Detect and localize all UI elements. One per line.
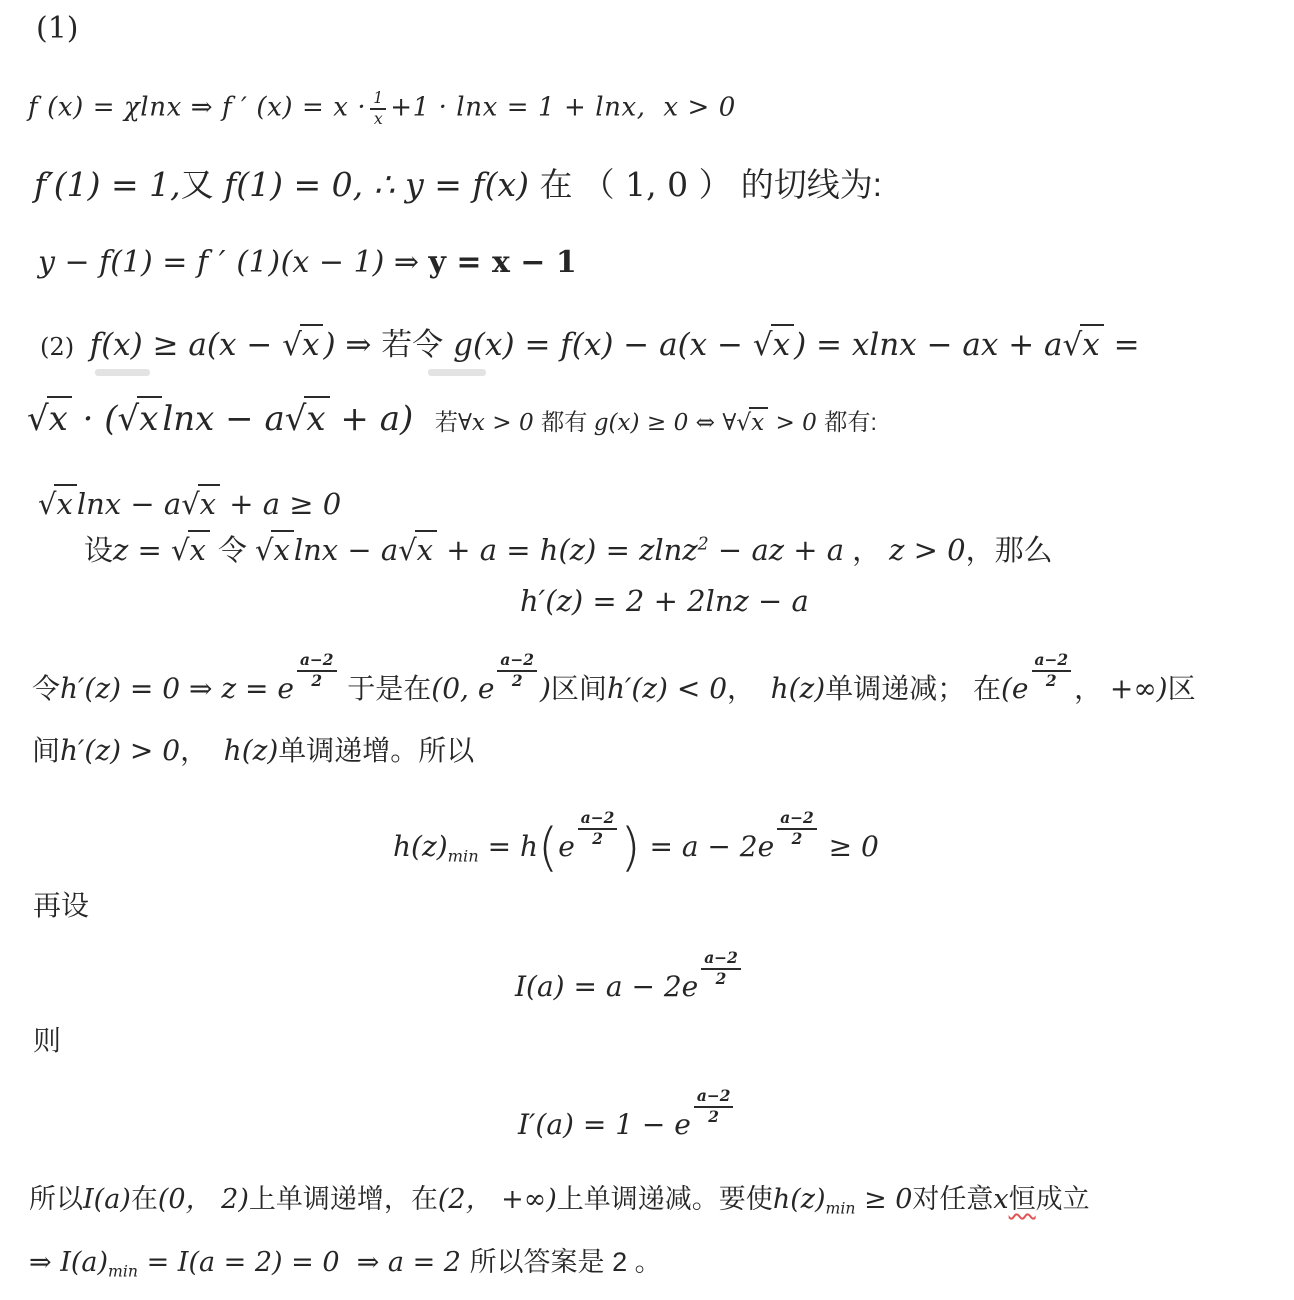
cjk-text: 都有 (541, 409, 594, 435)
cjk-text: 成立 (1036, 1184, 1090, 1214)
faint-smudge-mark (428, 369, 486, 376)
cjk-text: ， (844, 535, 889, 567)
sqrt-expression: x (1063, 327, 1104, 362)
section1-label: (1) (36, 10, 79, 48)
cjk-text: ，那么 (966, 535, 1053, 567)
fraction-numerator: a−2 (297, 652, 337, 672)
subscript: min (826, 1198, 856, 1217)
math-text: g(x) = f(x) − a(x − (443, 327, 753, 363)
math-text: y − f(1) = (38, 245, 197, 280)
math-text: ∀x > 0 (458, 410, 541, 436)
math-upright-text: (1) (36, 11, 79, 46)
cjk-text: 单调递增。所以 (278, 735, 474, 766)
sqrt-radicand: x (304, 396, 329, 439)
math-text: f′(1) = 1, (34, 165, 181, 204)
sqrt-radicand: x (47, 396, 72, 439)
factored-form: x · (xlnx − ax + a) 若∀x > 0 都有 g(x) ≥ 0 … (27, 398, 877, 441)
h-min-formula: h(z)min = h(ea−22) = a − 2ea−22 ≥ 0 (393, 810, 879, 872)
superscript: 2 (698, 535, 709, 555)
exponent-fraction: a−22 (297, 652, 337, 691)
big-parenthesis: ( (538, 818, 558, 878)
sqrt-expression: x (285, 400, 330, 438)
fraction-denominator: x (370, 110, 386, 128)
math-text: h(z) (773, 1184, 826, 1215)
math-text: ) = xlnx − ax + a (794, 327, 1062, 363)
math-text: f(1) = 0, ∴ y = f(x) (214, 165, 540, 204)
math-text: g(x) ≥ 0 ⇔ ∀ (594, 410, 737, 436)
fraction-numerator: a−2 (701, 950, 741, 970)
subscript: min (448, 846, 479, 865)
math-text: (x − 1) ⇒ (281, 245, 429, 280)
math-text: e (558, 830, 575, 863)
cjk-text: 则 (33, 1025, 61, 1056)
cjk-text: 对任意 (912, 1184, 993, 1214)
math-text: · ( (72, 399, 118, 439)
fraction-denominator: 2 (701, 970, 741, 988)
math-text: z = (113, 533, 171, 567)
cjk-text: 都有: (824, 409, 877, 435)
math-text: (0， 2) (158, 1184, 249, 1215)
cjk-text: 令 (210, 535, 255, 567)
cjk-text: 令 (32, 673, 60, 704)
cjk-text: 在 (539, 166, 581, 203)
sqrt-radicand: x (300, 324, 323, 363)
math-text: I(a) (83, 1184, 131, 1215)
cjk-text: 若令 (381, 327, 443, 362)
fraction-denominator: 2 (694, 1108, 734, 1126)
cjk-text: 的切线为: (732, 166, 882, 203)
cjk-text: 间 (32, 735, 60, 766)
math-text: − az + a (709, 533, 844, 567)
math-solution-document: (1)f (x) = χlnx ⇒ f ′ (x) = x ·1x+1 · ln… (0, 0, 1294, 1300)
math-text: f(x) ≥ a(x − (90, 327, 283, 363)
fraction-denominator: 2 (497, 672, 537, 690)
fraction-denominator: 2 (578, 830, 618, 848)
subscript: min (108, 1261, 138, 1280)
cjk-text: 单调递减； 在 (825, 673, 1001, 704)
sqrt-expression: x (171, 535, 210, 567)
cjk-text: 上单调递减。要使 (557, 1184, 773, 1214)
cjk-text: ， (180, 735, 224, 766)
I-definition: I(a) = a − 2ea−22 (515, 950, 744, 1004)
sqrt-radicand: x (771, 324, 794, 363)
handwritten-math-text: f ′ (1) (197, 245, 281, 280)
conclusion-row1: 所以I(a)在(0， 2)上单调递增，在(2， +∞)上单调递减。要使h(z)m… (29, 1183, 1090, 1218)
math-text: = a − 2e (641, 830, 775, 863)
sqrt-expression: x (255, 535, 294, 567)
math-text: ⇒ I(a) (29, 1247, 108, 1278)
spellcheck-underlined-text: 恒 (1009, 1184, 1036, 1214)
fraction-denominator: 2 (1032, 672, 1072, 690)
sqrt-radicand: x (749, 407, 768, 436)
sqrt-expression: x (38, 489, 77, 521)
exponent-fraction: a−22 (694, 1088, 734, 1127)
sqrt-radicand: x (188, 530, 210, 567)
math-text: h(z) (771, 672, 826, 705)
cjk-text: 区 (1168, 673, 1196, 704)
math-text: = (1104, 327, 1140, 363)
I-derivative: I′(a) = 1 − ea−22 (518, 1088, 736, 1142)
cjk-text: 所以答案是 2 。 (470, 1247, 662, 1277)
math-text: ≥ 0 (820, 830, 879, 863)
big-parenthesis: ) (620, 818, 640, 878)
sqrt-radicand: x (1080, 324, 1103, 363)
fraction-numerator: a−2 (1032, 652, 1072, 672)
exponent-fraction: a−22 (1032, 652, 1072, 691)
exponent-fraction: a−22 (701, 950, 741, 989)
section2-inequality: (2) f(x) ≥ a(x − x) ⇒ 若令 g(x) = f(x) − a… (40, 326, 1140, 365)
exponent-fraction: a−22 (497, 652, 537, 691)
math-text: + a) (330, 399, 435, 439)
derivative-formula: f (x) = χlnx ⇒ f ′ (x) = x ·1x+1 · lnx =… (28, 90, 736, 128)
math-text: +∞) (1110, 672, 1168, 705)
handwritten-math-text: f (x) = χlnx ⇒ f ′ (x) = x · (28, 93, 366, 123)
math-text: > 0 (768, 410, 824, 436)
monotonicity-para-row2: 间h′(z) > 0， h(z)单调递增。所以 (32, 733, 474, 768)
sqrt-radicand: x (415, 530, 437, 567)
fraction-denominator: 2 (297, 672, 337, 690)
fraction-numerator: a−2 (694, 1088, 734, 1108)
monotonicity-para-row1: 令h′(z) = 0 ⇒ z = ea−22 于是在(0, ea−22)区间h′… (32, 652, 1196, 706)
math-text: lnx − a (77, 487, 181, 521)
conclusion-row2: ⇒ I(a)min = I(a = 2) = 0 ⇒ a = 2 所以答案是 2… (29, 1246, 662, 1281)
cjk-text: ， (727, 673, 771, 704)
handwritten-math-text: +1 · lnx = 1 + lnx, x > 0 (390, 93, 736, 123)
sqrt-expression: x (27, 400, 72, 438)
fraction-numerator: a−2 (777, 810, 817, 830)
cjk-text: 区间 (551, 673, 607, 704)
math-text: = I(a = 2) = 0 ⇒ a = 2 (138, 1247, 470, 1278)
math-text: ≥ 0 (855, 1184, 912, 1215)
tangent-statement: f′(1) = 1,又 f(1) = 0, ∴ y = f(x) 在 （ 1, … (34, 164, 882, 205)
item-number-label: (2) (40, 333, 90, 361)
math-text: lnx − a (162, 399, 284, 439)
zaishe-label: 再设 (33, 888, 89, 923)
math-text: = h (479, 830, 538, 863)
cjk-text: 若 (435, 409, 458, 435)
math-text: ) (540, 672, 551, 705)
cjk-text: 在 (131, 1184, 158, 1214)
cjk-text: 所以 (29, 1184, 83, 1214)
math-bold-text: y = x − 1 (429, 245, 577, 280)
math-text: h′(z) = 2 + 2lnz − a (520, 584, 809, 618)
cjk-text: 于是在 (340, 673, 432, 704)
sqrt-expression: x (118, 400, 163, 438)
math-text: x (993, 1184, 1008, 1215)
math-text: I(a) = a − 2e (515, 970, 698, 1003)
fraction-numerator: a−2 (497, 652, 537, 672)
math-text: I′(a) = 1 − e (518, 1108, 691, 1141)
math-text: lnx − a (294, 533, 398, 567)
exponent-fraction: a−22 (777, 810, 817, 849)
fraction-denominator: 2 (777, 830, 817, 848)
sqrt-radicand: x (271, 530, 293, 567)
math-text: (0, e (431, 672, 494, 705)
inline-fraction: 1x (370, 90, 386, 128)
sqrt-expression: x (398, 535, 437, 567)
sqrt-radicand: x (198, 484, 220, 521)
exponent-fraction: a−22 (578, 810, 618, 849)
fraction-numerator: 1 (370, 90, 386, 110)
math-text: ) ⇒ (323, 327, 381, 363)
sqrt-radicand: x (54, 484, 76, 521)
math-text: (2， +∞) (438, 1184, 557, 1215)
sqrt-radicand: x (137, 396, 162, 439)
math-text: (e (1001, 672, 1029, 705)
math-text: h′(z) < 0 (607, 672, 727, 705)
math-upright-text: （ 1, 0 ） (582, 165, 732, 204)
h-derivative: h′(z) = 2 + 2lnz − a (520, 583, 809, 620)
sqrt-expression: x (181, 489, 220, 521)
math-text: h′(z) = 0 ⇒ z = e (60, 672, 294, 705)
reduced-inequality: xlnx − ax + a ≥ 0 (38, 486, 341, 523)
faint-smudge-mark (95, 369, 150, 376)
sqrt-expression: x (736, 409, 768, 435)
cjk-text: ， (1074, 673, 1110, 704)
math-text: z > 0 (889, 533, 965, 567)
cjk-text: 上单调递增，在 (249, 1184, 438, 1214)
math-text: h′(z) > 0 (60, 734, 180, 767)
math-text: + a = h(z) = zlnz (437, 533, 698, 567)
fraction-numerator: a−2 (578, 810, 618, 830)
cjk-text: 再设 (33, 890, 89, 921)
sqrt-expression: x (282, 327, 323, 362)
tangent-equation: y − f(1) = f ′ (1)(x − 1) ⇒ y = x − 1 (38, 244, 577, 282)
sqrt-expression: x (753, 327, 794, 362)
math-text: + a ≥ 0 (220, 487, 341, 521)
cjk-text: 又 (181, 166, 214, 203)
ze-label: 则 (33, 1023, 61, 1058)
cjk-text: 设 (84, 535, 113, 567)
math-text: h(z) (224, 734, 279, 767)
substitution-line: 设z = x 令 xlnx − ax + a = h(z) = zlnz2 − … (84, 532, 1053, 569)
math-text: h(z) (393, 830, 448, 863)
